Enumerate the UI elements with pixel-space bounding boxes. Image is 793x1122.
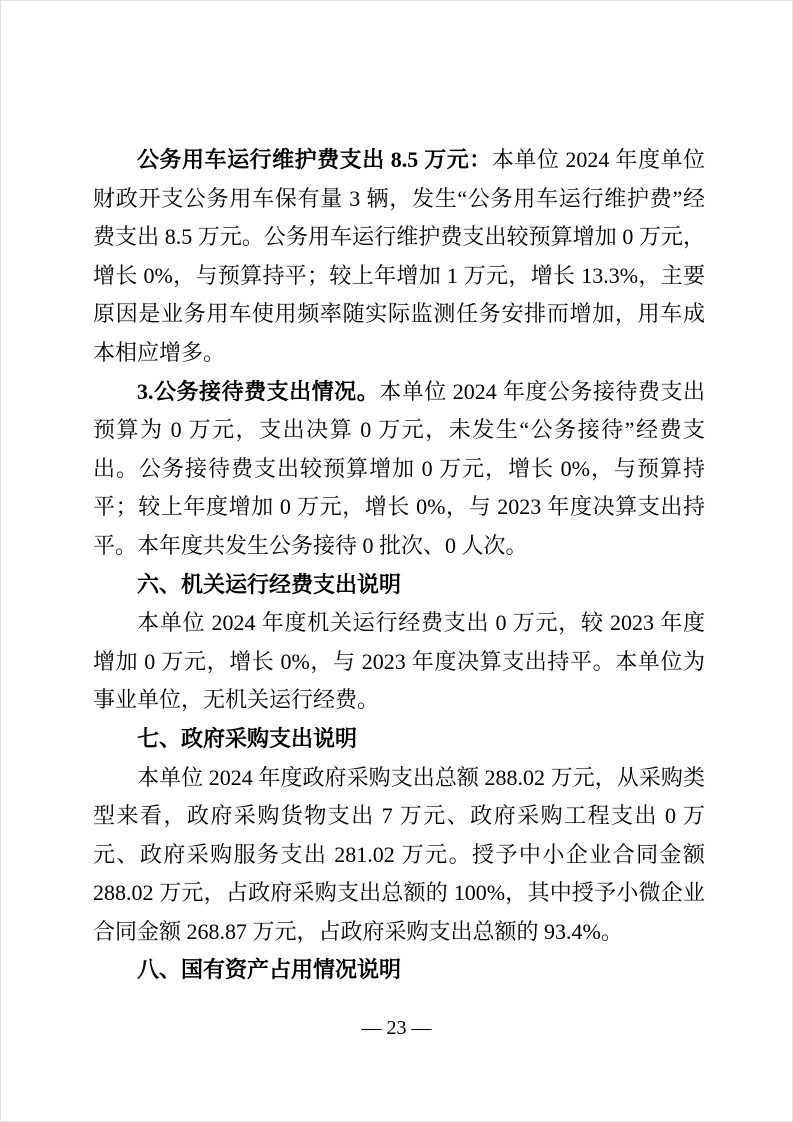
paragraph-lead-bold: 公务用车运行维护费支出 8.5 万元： bbox=[137, 147, 492, 172]
paragraph-vehicle-maintenance: 公务用车运行维护费支出 8.5 万元：本单位 2024 年度单位财政开支公务用车… bbox=[93, 141, 705, 373]
page-number: — 23 — bbox=[362, 1017, 432, 1039]
section-heading-gov-procurement: 七、政府采购支出说明 bbox=[93, 720, 705, 759]
paragraph-text: 本单位 2024 年度公务接待费支出预算为 0 万元，支出决算 0 万元，未发生… bbox=[93, 379, 705, 558]
document-content: 公务用车运行维护费支出 8.5 万元：本单位 2024 年度单位财政开支公务用车… bbox=[93, 141, 705, 990]
paragraph-official-reception: 3.公务接待费支出情况。本单位 2024 年度公务接待费支出预算为 0 万元，支… bbox=[93, 373, 705, 566]
document-page: 公务用车运行维护费支出 8.5 万元：本单位 2024 年度单位财政开支公务用车… bbox=[0, 0, 793, 1122]
paragraph-text: 本单位 2024 年度单位财政开支公务用车保有量 3 辆，发生“公务用车运行维护… bbox=[93, 147, 705, 365]
paragraph-lead-bold: 3.公务接待费支出情况。 bbox=[137, 379, 379, 404]
section-heading-state-assets: 八、国有资产占用情况说明 bbox=[93, 951, 705, 990]
section-heading-organ-operating-expense: 六、机关运行经费支出说明 bbox=[93, 566, 705, 605]
paragraph-organ-operating-expense: 本单位 2024 年度机关运行经费支出 0 万元，较 2023 年度增加 0 万… bbox=[93, 604, 705, 720]
paragraph-gov-procurement: 本单位 2024 年度政府采购支出总额 288.02 万元，从采购类型来看，政府… bbox=[93, 759, 705, 952]
page-footer: — 23 — bbox=[1, 1013, 792, 1043]
